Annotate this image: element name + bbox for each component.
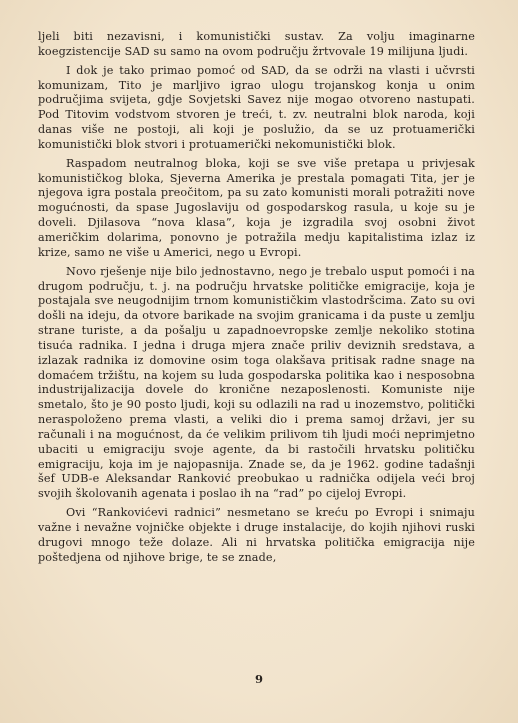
body-text: ljeli biti nezavisni, i komunistički sus… [38,30,475,570]
document-page: ljeli biti nezavisni, i komunistički sus… [0,0,518,723]
paragraph: Ovi “Rankovićevi radnici” nesmetano se k… [38,506,475,565]
paragraph: Novo rješenje nije bilo jednostavno, neg… [38,265,475,503]
page-number: 9 [0,672,518,686]
paragraph: Raspadom neutralnog bloka, koji se sve v… [38,157,475,261]
paragraph-continued: ljeli biti nezavisni, i komunistički sus… [38,30,475,60]
paragraph: I dok je tako primao pomoć od SAD, da se… [38,64,475,153]
